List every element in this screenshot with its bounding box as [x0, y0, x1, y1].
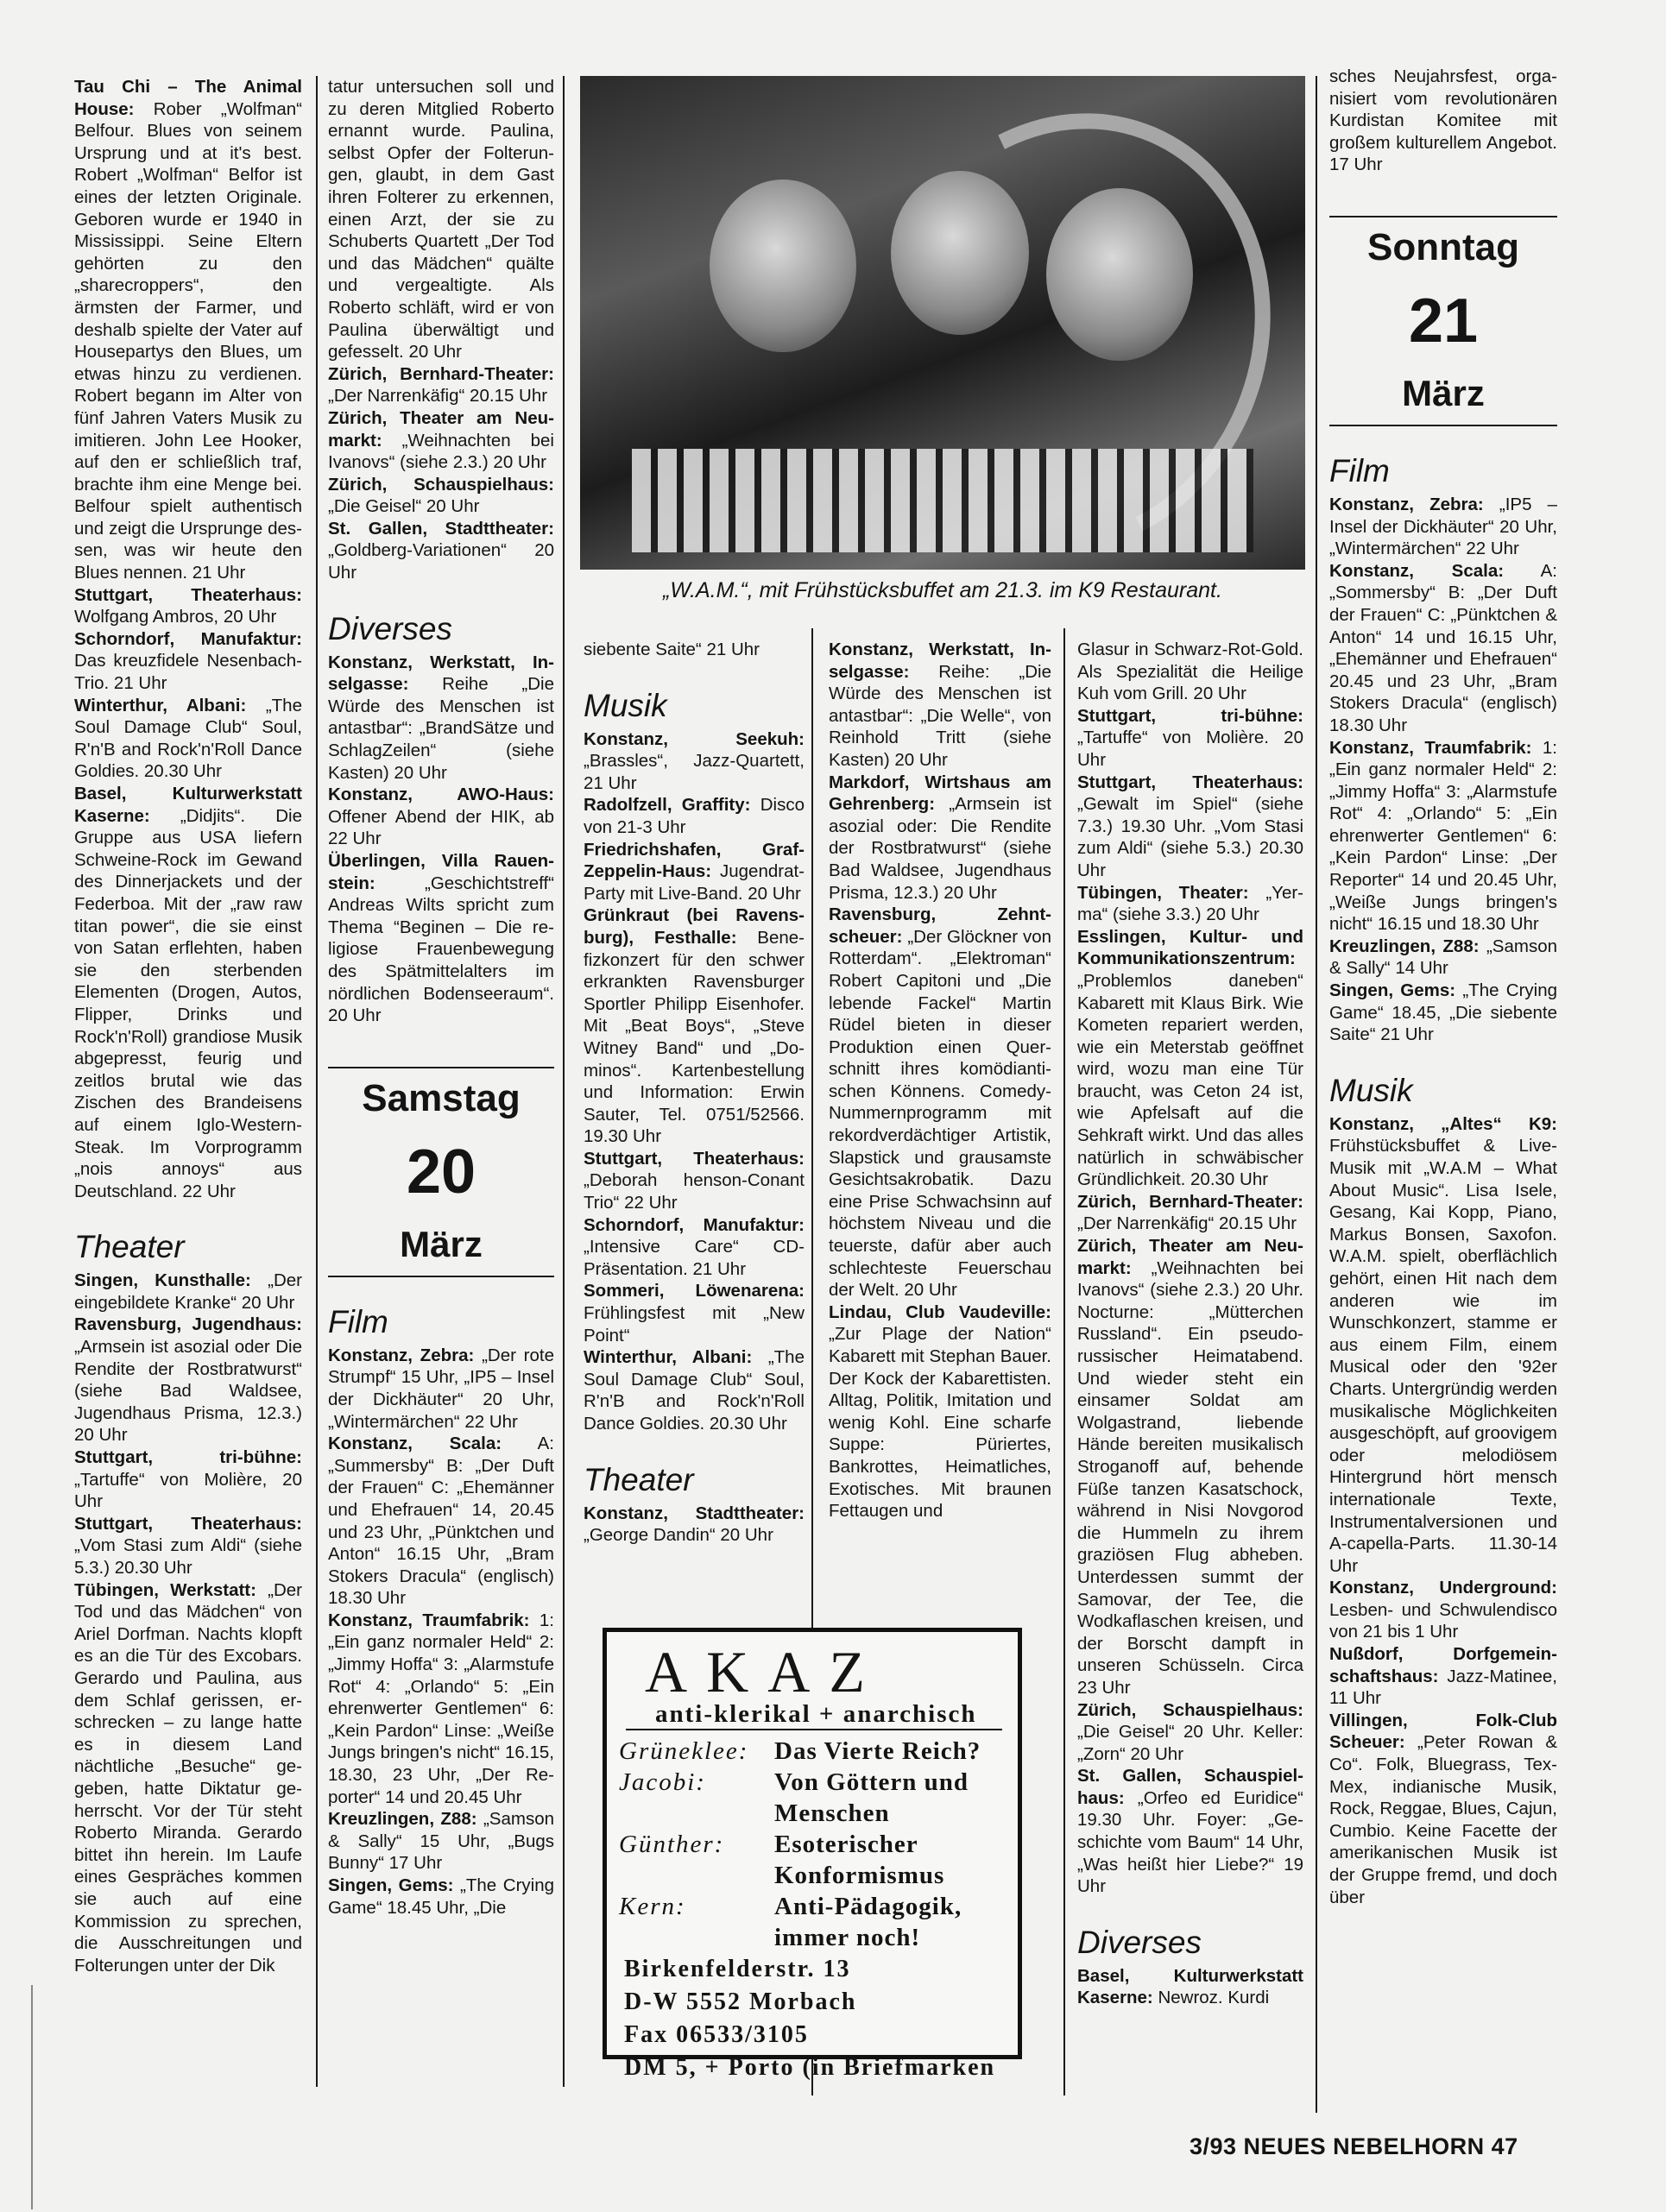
listing-entry: Konstanz, Under­ground: Lesben- und Schw…	[1329, 1577, 1557, 1643]
venue-name: Kreuzlingen, Z88:	[1329, 936, 1480, 956]
venue-name: Stuttgart, tri-bühne:	[74, 1447, 302, 1467]
venue-name: Winterthur, Albani:	[584, 1347, 752, 1367]
column-1: Tau Chi – The Animal House: Rober „Wolfm…	[74, 76, 302, 1976]
listing-text: Bene­fizkonzert für den schwer erkrankte…	[584, 928, 805, 1146]
listing-entry: tatur untersuchen soll und zu deren Mitg…	[328, 76, 554, 363]
listing-text: Frühlingsfest mit „New Point“	[584, 1303, 805, 1345]
venue-name: Konstanz, Scala:	[328, 1434, 502, 1453]
band-photo	[580, 76, 1305, 570]
section-heading: Diverses	[1077, 1924, 1303, 1962]
column-3: siebente Saite“ 21 UhrMusikKonstanz, See…	[584, 639, 805, 1547]
venue-name: Zürich, Schauspiel­haus:	[328, 475, 554, 495]
day-month: März	[1329, 371, 1557, 416]
ad-author: Jacobi:	[607, 1767, 774, 1829]
venue-name: Radolfzell, Graffity:	[584, 795, 750, 815]
listing-text: „Problemlos dane­ben“ Kabarett mit Klaus…	[1077, 971, 1303, 1189]
listing-entry: siebente Saite“ 21 Uhr	[584, 639, 805, 661]
ad-book-row: Kern:Anti-Pädagogik, immer noch!	[607, 1891, 1018, 1953]
venue-name: Singen, Kunsthalle:	[74, 1270, 251, 1290]
venue-name: Schorndorf, Manufak­tur:	[74, 629, 302, 649]
venue-name: Stuttgart, Theaterhaus:	[584, 1149, 805, 1169]
listing-entry: Schorndorf, Manufak­tur: „Intensive Care…	[584, 1214, 805, 1281]
listing-text: Lesben- und Schwulendisco von 21 bis 1 U…	[1329, 1600, 1557, 1642]
listing-entry: Schorndorf, Manufak­tur: Das kreuzfidele…	[74, 628, 302, 695]
listing-text: „Geschichtstreff“ Andreas Wilts spricht …	[328, 873, 554, 1026]
listing-text: „Peter Rowan & Co“. Folk, Bluegrass, Tex…	[1329, 1732, 1557, 1906]
column-rule	[1063, 628, 1065, 2095]
listing-entry: Singen, Gems: „The Cry­ing Game“ 18.45 U…	[328, 1875, 554, 1919]
venue-name: Konstanz, Under­ground:	[1329, 1578, 1557, 1598]
ad-book-title: Von Göttern und Menschen	[774, 1767, 1018, 1829]
listing-entry: Tübingen, Werkstatt: „Der Tod und das Mä…	[74, 1579, 302, 1977]
listing-entry: Stuttgart, Theaterhaus: „Deborah henson-…	[584, 1148, 805, 1214]
listing-entry: Zürich, Schauspiel­haus: „Die Geisel“ 20…	[328, 474, 554, 518]
listing-text: „Didjits“. Die Gruppe aus USA liefern Sc…	[74, 806, 302, 1201]
listing-entry: St. Gallen, Schauspiel­haus: „Orfeo ed E…	[1077, 1765, 1303, 1898]
listing-text: Frühstücksbuffet & Live-Musik mit „W.A.M…	[1329, 1136, 1557, 1575]
venue-name: Zürich, Bernhard-Thea­ter:	[1077, 1192, 1303, 1212]
ad-book-row: Jacobi:Von Göttern und Menschen	[607, 1767, 1018, 1829]
listing-entry: Zürich, Bernhard-Thea­ter: „Der Narrenkä…	[328, 363, 554, 407]
listing-text: Wolfgang Ambros, 20 Uhr	[74, 607, 276, 627]
listing-entry: Grünkraut (bei Ravens­burg), Festhalle: …	[584, 904, 805, 1148]
ad-author: Kern:	[607, 1891, 774, 1953]
listing-text: Rober „Wolfman“ Belfour. Blues von seine…	[74, 99, 302, 583]
day-header: Samstag20März	[328, 1067, 554, 1277]
listing-text: „Goldberg-Variationen“ 20 Uhr	[328, 540, 554, 583]
listing-entry: Radolfzell, Graffity: Dis­co von 21-3 Uh…	[584, 794, 805, 838]
listing-text: 1: „Ein ganz normaler Held“ 2: „Jimmy Ho…	[328, 1610, 554, 1807]
listing-entry: Konstanz, Werkstatt, In­selgasse: Reihe:…	[829, 639, 1051, 772]
column-5: Glasur in Schwarz-Rot-Gold. Als Speziali…	[1077, 639, 1303, 2009]
day-weekday: Sonntag	[1329, 224, 1557, 271]
listing-text: „Gewalt im Spiel“ (siehe 7.3.) 19.30 Uhr…	[1077, 794, 1303, 880]
listing-text: „Der Narrenkäfig“ 20.15 Uhr	[328, 386, 547, 406]
ad-book-row: Günther:Esoterischer Konformismus	[607, 1829, 1018, 1891]
ad-address: Birkenfelderstr. 13D-W 5552 MorbachFax 0…	[607, 1953, 1018, 2084]
listing-entry: sches Neujahrsfest, orga­nisiert vom rev…	[1329, 66, 1557, 176]
listing-text: siebente Saite“ 21 Uhr	[584, 640, 760, 659]
ad-author: Grüneklee:	[607, 1736, 774, 1767]
listing-entry: Ravensburg, Jugend­haus: „Armsein ist as…	[74, 1314, 302, 1446]
ad-subtitle: anti-klerikal + anarchisch	[626, 1699, 1002, 1730]
venue-name: Konstanz, Zebra:	[1329, 495, 1484, 514]
section-heading: Theater	[584, 1461, 805, 1499]
listing-entry: Nußdorf, Dorfgemein­schaftshaus: Jazz-Ma…	[1329, 1643, 1557, 1710]
column-2: tatur untersuchen soll und zu deren Mitg…	[328, 76, 554, 1919]
column-rule	[563, 76, 565, 2087]
listing-entry: Konstanz, Zebra: „IP5 – Insel der Dickhä…	[1329, 494, 1557, 560]
venue-name: St. Gallen, Stadttheater:	[328, 519, 554, 539]
listing-entry: Stuttgart, Theaterhaus: Wolfgang Ambros,…	[74, 584, 302, 628]
listing-text: „Brassles“, Jazz-Quartett, 21 Uhr	[584, 751, 805, 793]
listing-entry: Basel, Kulturwerkstatt Kaserne: „Didjits…	[74, 783, 302, 1202]
listing-text: A: „Summersby“ B: „Der Duft der Frauen“ …	[328, 1434, 554, 1608]
section-heading: Musik	[584, 687, 805, 725]
venue-name: Stuttgart, Theaterhaus:	[74, 1514, 302, 1534]
listing-entry: Konstanz, Traumfabrik: 1: „Ein ganz norm…	[1329, 737, 1557, 936]
ad-book-row: Grüneklee:Das Vierte Reich?	[607, 1736, 1018, 1767]
listing-entry: Basel, Kulturwerkstatt Kaserne: Newroz. …	[1077, 1965, 1303, 2009]
listing-entry: St. Gallen, Stadttheater: „Goldberg-Vari…	[328, 518, 554, 584]
listing-entry: Stuttgart, tri-bühne: „Tartuffe“ von Mol…	[1077, 705, 1303, 772]
listing-entry: Konstanz, Scala: A: „Summersby“ B: „Der …	[328, 1433, 554, 1610]
section-heading: Musik	[1329, 1072, 1557, 1110]
venue-name: Zürich, Schauspiel­haus:	[1077, 1700, 1303, 1720]
photo-caption: „W.A.M.“, mit Frühstücksbuffet am 21.3. …	[580, 577, 1305, 604]
listing-entry: Singen, Kunsthalle: „Der eingebildete Kr…	[74, 1270, 302, 1314]
listing-text: 1: „Ein ganz normaler Held“ 2: „Jimmy Ho…	[1329, 738, 1557, 935]
day-month: März	[328, 1222, 554, 1267]
musician-face	[710, 180, 856, 352]
venue-name: Konstanz, Scala:	[1329, 561, 1504, 581]
akaz-advertisement: AKAZ anti-klerikal + anarchisch Grünekle…	[603, 1628, 1022, 2059]
listing-text: „Tartuffe“ von Molière. 20 Uhr	[1077, 728, 1303, 770]
day-number: 20	[328, 1131, 554, 1213]
venue-name: Konstanz, Zebra:	[328, 1345, 474, 1365]
section-heading: Theater	[74, 1228, 302, 1266]
venue-name: Kreuzlingen, Z88:	[328, 1809, 477, 1829]
ad-address-line: D-W 5552 Morbach	[607, 1986, 1018, 2019]
listing-entry: Stuttgart, tri-bühne: „Tartuffe“ von Mol…	[74, 1446, 302, 1513]
day-header: Sonntag21März	[1329, 216, 1557, 426]
listing-entry: Friedrichshafen, Graf-Zeppelin-Haus: Jug…	[584, 839, 805, 905]
column-4: Konstanz, Werkstatt, In­selgasse: Reihe:…	[829, 639, 1051, 1522]
ad-book-title: Das Vierte Reich?	[774, 1736, 1018, 1767]
listing-text: Das kreuzfidele Ne­senbach-Trio. 21 Uhr	[74, 651, 302, 693]
listing-entry: Konstanz, Werkstatt, In­selgasse: Reihe …	[328, 652, 554, 785]
page-binding-edge	[31, 1985, 33, 2209]
venue-name: Stuttgart, Theaterhaus:	[1077, 772, 1303, 792]
listing-entry: Zürich, Schauspiel­haus: „Die Geisel“ 20…	[1077, 1699, 1303, 1766]
listing-entry: Esslingen, Kultur- und Kommunikationszen…	[1077, 926, 1303, 1191]
listing-entry: Villingen, Folk-Club Scheuer: „Peter Row…	[1329, 1710, 1557, 1908]
listing-entry: Stuttgart, Theaterhaus: „Vom Stasi zum A…	[74, 1513, 302, 1579]
listing-text: Newroz. Kurdi­	[1153, 1988, 1269, 2007]
listing-text: „Die Geisel“ 20 Uhr. Keller: „Zorn“ 20 U…	[1077, 1722, 1303, 1764]
ad-author: Günther:	[607, 1829, 774, 1891]
listing-text: „Deborah henson-Conant Trio“ 22 Uhr	[584, 1170, 805, 1213]
venue-name: Konstanz, Stadttheater:	[584, 1503, 805, 1523]
listing-entry: Glasur in Schwarz-Rot-Gold. Als Speziali…	[1077, 639, 1303, 705]
listing-entry: Ravensburg, Zehnt­scheuer: „Der Glöckner…	[829, 904, 1051, 1301]
listing-entry: Winterthur, Albani: „The Soul Damage Clu…	[584, 1346, 805, 1434]
listing-entry: Kreuzlingen, Z88: „Sam­son & Sally“ 15 U…	[328, 1808, 554, 1875]
venue-name: Konstanz, „Altes“ K9:	[1329, 1114, 1557, 1134]
column-rule	[316, 76, 318, 2087]
column-rule	[1316, 76, 1317, 2113]
venue-name: Tübingen, Werkstatt:	[74, 1580, 256, 1600]
keyboard-shape	[632, 449, 1253, 552]
listing-text: „Tartuffe“ von Molière, 20 Uhr	[74, 1470, 302, 1512]
listing-entry: Tau Chi – The Animal House: Rober „Wolfm…	[74, 76, 302, 584]
ad-title: AKAZ	[607, 1644, 1018, 1699]
listing-text: Glasur in Schwarz-Rot-Gold. Als Speziali…	[1077, 640, 1303, 703]
listing-entry: Kreuzlingen, Z88: „Sam­son & Sally“ 14 U…	[1329, 936, 1557, 980]
ad-address-line: DM 5, + Porto (in Briefmarken	[607, 2051, 1018, 2084]
venue-name: Esslingen, Kultur- und Kommunikationszen…	[1077, 927, 1303, 969]
venue-name: Ravensburg, Jugend­haus:	[74, 1314, 302, 1334]
ad-address-line: Birkenfelderstr. 13	[607, 1953, 1018, 1986]
listing-text: tatur untersuchen soll und zu deren Mitg…	[328, 77, 554, 362]
listing-entry: Markdorf, Wirtshaus am Gehrenberg: „Arms…	[829, 772, 1051, 904]
ad-book-list: Grüneklee:Das Vierte Reich?Jacobi:Von Gö…	[607, 1736, 1018, 1953]
listing-entry: Zürich, Theater am Neu­markt: „Weihnacht…	[1077, 1235, 1303, 1698]
day-number: 21	[1329, 280, 1557, 362]
listing-text: „Der Narrenkäfig“ 20.15 Uhr	[1077, 1213, 1297, 1233]
column-6: sches Neujahrsfest, orga­nisiert vom rev…	[1329, 66, 1557, 1908]
listing-entry: Stuttgart, Theaterhaus: „Gewalt im Spiel…	[1077, 772, 1303, 882]
venue-name: Stuttgart, Theaterhaus:	[74, 585, 302, 605]
listing-text: „Der Glöckner von Rotterdam“. „Elektro­m…	[829, 927, 1051, 1301]
venue-name: Konstanz, Traumfabrik:	[328, 1610, 530, 1630]
listing-text: „Vom Stasi zum Aldi“ (sie­he 5.3.) 20.30…	[74, 1535, 302, 1578]
venue-name: Lindau, Club Vaudevil­le:	[829, 1302, 1051, 1322]
listing-text: Offener Abend der HIK, ab 22 Uhr	[328, 807, 554, 849]
listing-entry: Winterthur, Albani: „The Soul Damage Clu…	[74, 695, 302, 783]
listing-text: „Zur Plage der Nation“ Kabarett mit Step…	[829, 1324, 1051, 1521]
venue-name: Konstanz, AWO-Haus:	[328, 785, 554, 804]
section-heading: Diverses	[328, 610, 554, 648]
listing-entry: Konstanz, „Altes“ K9: Frühstücksbuffet &…	[1329, 1113, 1557, 1577]
listing-entry: Lindau, Club Vaudevil­le: „Zur Plage der…	[829, 1301, 1051, 1522]
listing-text: A: „Sommersby“ B: „Der Duft der Frauen“ …	[1329, 561, 1557, 735]
listing-entry: Konstanz, Zebra: „Der rote Strumpf“ 15 U…	[328, 1345, 554, 1433]
listing-entry: Konstanz, Seekuh: „Brassles“, Jazz-Quart…	[584, 728, 805, 795]
ad-book-title: Esoterischer Konformismus	[774, 1829, 1018, 1891]
listing-entry: Konstanz, Stadttheater: „George Dandin“ …	[584, 1503, 805, 1547]
listing-entry: Konstanz, Scala: A: „Sommersby“ B: „Der …	[1329, 560, 1557, 737]
listing-entry: Tübingen, Theater: „Yer­ma“ (siehe 3.3.)…	[1077, 882, 1303, 926]
listing-text: „George Dandin“ 20 Uhr	[584, 1525, 773, 1545]
listing-entry: Sommeri, Löwenarena: Frühlingsfest mit „…	[584, 1280, 805, 1346]
listing-entry: Zürich, Theater am Neu­markt: „Weihnacht…	[328, 407, 554, 474]
venue-name: Sommeri, Löwenarena:	[584, 1281, 805, 1301]
ad-address-line: Fax 06533/3105	[607, 2019, 1018, 2051]
listing-entry: Singen, Gems: „The Cry­ing Game“ 18.45, …	[1329, 980, 1557, 1046]
venue-name: Tübingen, Theater:	[1077, 883, 1249, 903]
listing-text: „Intensive Care“ CD-Präsentation. 21 Uhr	[584, 1237, 805, 1279]
listing-text: „Die Geisel“ 20 Uhr	[328, 496, 479, 516]
listing-entry: Konstanz, AWO-Haus: Offener Abend der HI…	[328, 784, 554, 850]
listing-entry: Konstanz, Traumfabrik: 1: „Ein ganz norm…	[328, 1610, 554, 1808]
venue-name: Konstanz, Seekuh:	[584, 729, 805, 749]
venue-name: Schorndorf, Manufak­tur:	[584, 1215, 805, 1235]
listing-entry: Überlingen, Villa Rauen­stein: „Geschich…	[328, 850, 554, 1027]
day-weekday: Samstag	[328, 1075, 554, 1122]
venue-name: Zürich, Bernhard-Thea­ter:	[328, 364, 554, 384]
section-heading: Film	[1329, 452, 1557, 490]
venue-name: Konstanz, Traumfabrik:	[1329, 738, 1532, 758]
venue-name: Singen, Gems:	[1329, 980, 1455, 1000]
venue-name: Winterthur, Albani:	[74, 696, 246, 715]
listing-text: „Weihnachten bei Ivanovs“ (siehe 2.3.) 2…	[1077, 1258, 1303, 1698]
listing-text: „Der Tod und das Mäd­chen“ von Ariel Dor…	[74, 1580, 302, 1976]
venue-name: Stuttgart, tri-bühne:	[1077, 706, 1303, 726]
listing-entry: Zürich, Bernhard-Thea­ter: „Der Narrenkä…	[1077, 1191, 1303, 1235]
listing-text: sches Neujahrsfest, orga­nisiert vom rev…	[1329, 66, 1557, 174]
venue-name: Singen, Gems:	[328, 1875, 453, 1895]
listing-text: „Armsein ist asozial oder Die Rendite de…	[74, 1337, 302, 1445]
page-footer: 3/93 NEUES NEBELHORN 47	[1190, 2133, 1518, 2160]
section-heading: Film	[328, 1303, 554, 1341]
ad-book-title: Anti-Pädagogik, immer noch!	[774, 1891, 1018, 1953]
